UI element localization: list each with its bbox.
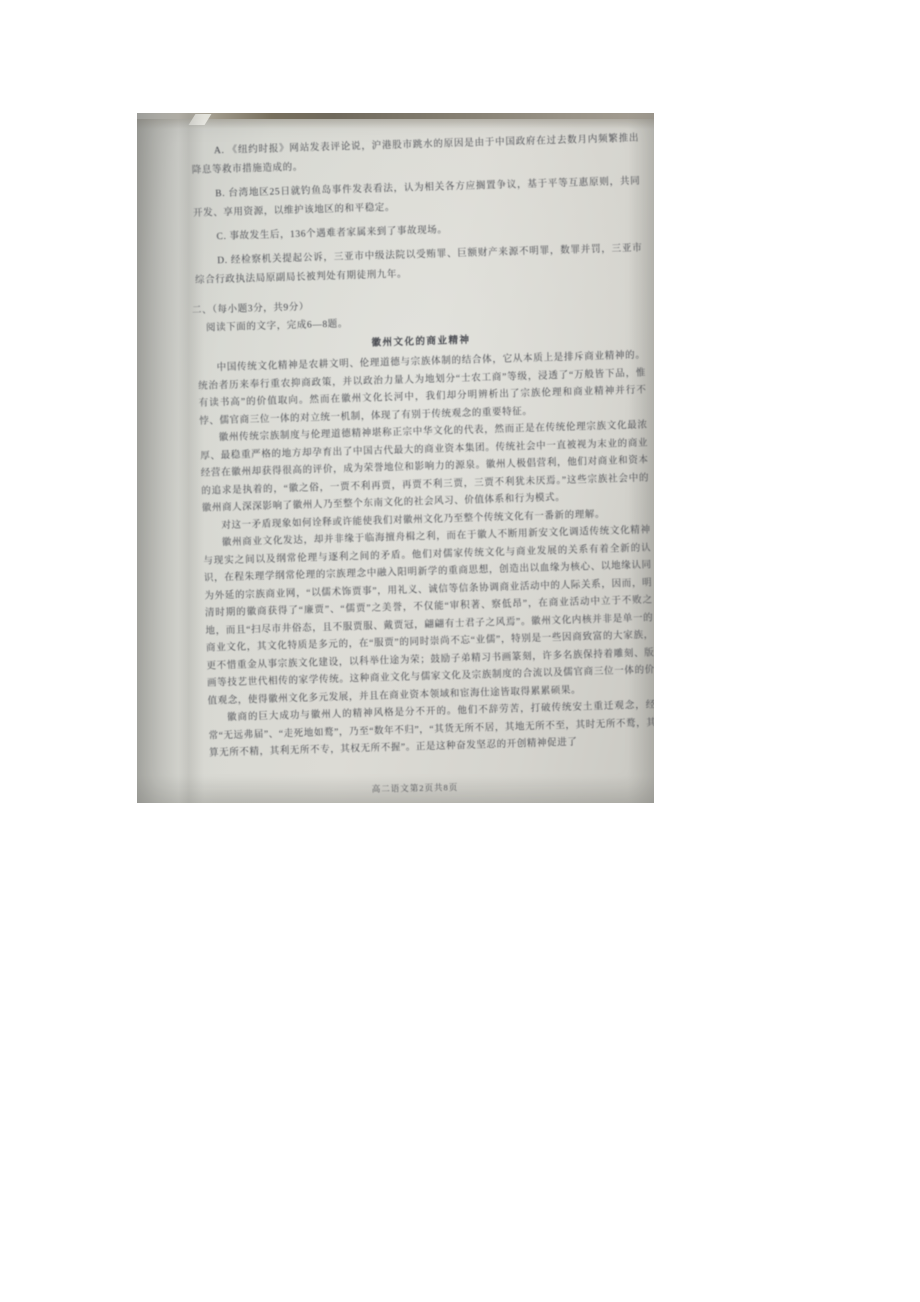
- option-a-label: A.: [214, 146, 225, 156]
- exam-page-photo: A. 《纽约时报》网站发表评论说，沪港股市跳水的原因是由于中国政府在过去数月内频…: [137, 113, 654, 803]
- option-b: B. 台湾地区25日就钓鱼岛事件发表看法，认为相关各方应搁置争议，基于平等互惠原…: [192, 173, 641, 224]
- option-b-text: 台湾地区25日就钓鱼岛事件发表看法，认为相关各方应搁置争议，基于平等互惠原则，共…: [193, 177, 641, 219]
- option-a: A. 《纽约时报》网站发表评论说，沪港股市跳水的原因是由于中国政府在过去数月内频…: [191, 130, 640, 181]
- article-paragraph-2: 徽州传统宗族制度与伦理道德精神堪称正宗中华文化的代表，然而正是在传统伦理宗族文化…: [200, 418, 650, 519]
- article-paragraph-4: 徽州商业文化发达，却并非缘于临海擅舟楫之利，而在于徽人不断用新安文化调适传统文化…: [203, 523, 654, 711]
- article-paragraph-1: 中国传统文化精神是农耕文明、伦理道德与宗族体制的结合体，它从本质上是排斥商业精神…: [197, 348, 647, 431]
- option-d: D. 经检察机关提起公诉，三亚市中级法院以受贿罪、巨额财产来源不明罪，数罪并罚，…: [194, 240, 643, 291]
- option-c-text: 事故发生后，136个遇难者家属来到了事故现场。: [229, 225, 447, 241]
- option-c-label: C.: [216, 232, 226, 242]
- option-d-label: D.: [217, 256, 228, 266]
- option-b-label: B.: [215, 189, 225, 199]
- option-d-text: 经检察机关提起公诉，三亚市中级法院以受贿罪、巨额财产来源不明罪，数罪并罚，三亚市…: [195, 244, 643, 286]
- page-footer: 高二语文第2页共8页: [191, 777, 639, 798]
- option-a-text: 《纽约时报》网站发表评论说，沪港股市跳水的原因是由于中国政府在过去数月内频繁推出…: [192, 134, 640, 176]
- photo-top-edge-shadow: [137, 119, 654, 129]
- exam-text-block: A. 《纽约时报》网站发表评论说，沪港股市跳水的原因是由于中国政府在过去数月内频…: [191, 130, 654, 764]
